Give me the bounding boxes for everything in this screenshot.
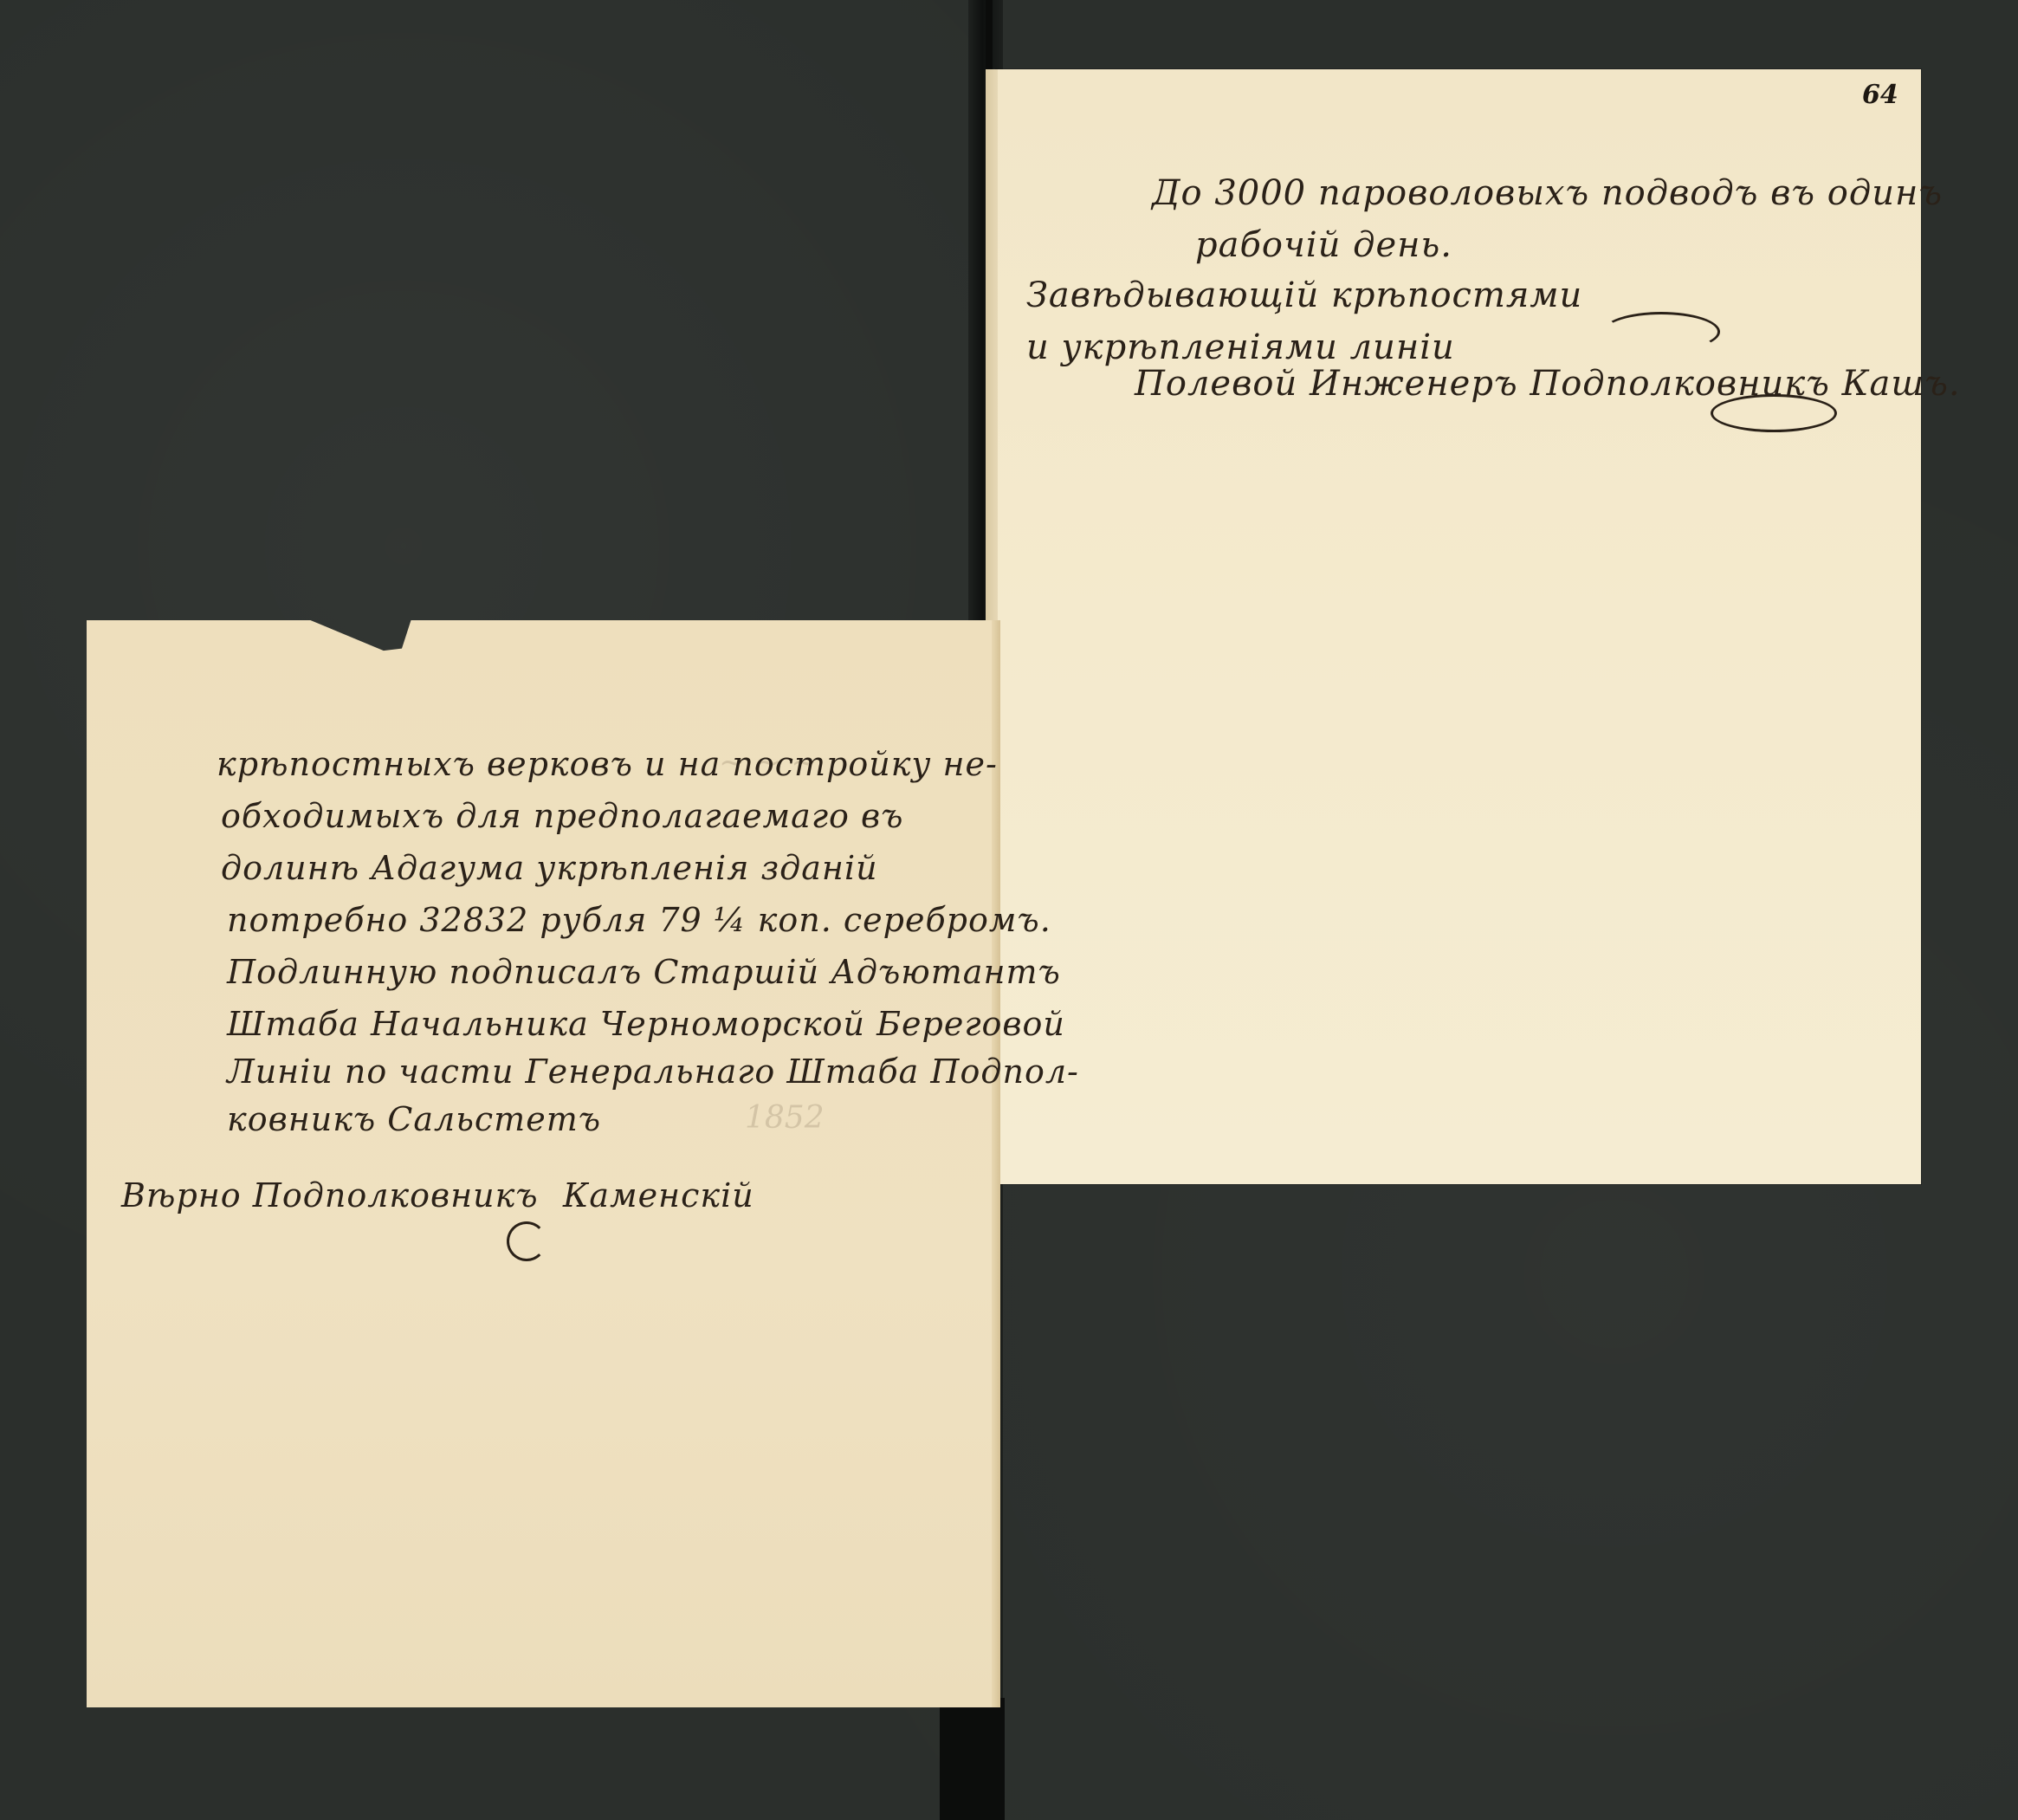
left-line-8: ковникъ Сальстетъ bbox=[227, 1100, 601, 1138]
left-line-5: Подлинную подписалъ Старшiй Адъютантъ bbox=[227, 953, 1061, 991]
left-signature: Каменскiй bbox=[563, 1176, 754, 1214]
sheet-right-edge bbox=[992, 620, 1000, 1707]
signature-flourish bbox=[1711, 394, 1837, 432]
right-manuscript-page bbox=[996, 69, 1921, 1184]
left-line-1: крѣпостныхъ верковъ и на постройку не- bbox=[217, 745, 998, 783]
left-line-2: обходимыхъ для предполагаемаго въ bbox=[221, 797, 903, 835]
right-line-4: и укрѣпленiями линiи bbox=[1026, 327, 1455, 367]
left-line-4: потребно 32832 рубля 79 ¼ коп. серебромъ… bbox=[227, 901, 1051, 939]
right-line-1: До 3000 пароволовыхъ подводъ въ одинъ bbox=[1152, 173, 1943, 213]
left-attestation-line: Вѣрно Подполковникъ bbox=[121, 1176, 539, 1214]
left-line-3: долинѣ Адагума укрѣпленiя зданiй bbox=[221, 849, 878, 887]
folio-number: 64 bbox=[1862, 80, 1898, 110]
left-line-6: Штаба Начальника Черноморской Береговой bbox=[227, 1005, 1065, 1043]
binding-gap-bottom bbox=[940, 1698, 1005, 1820]
right-line-2: рабочiй день. bbox=[1195, 225, 1452, 265]
left-manuscript-page bbox=[87, 620, 1000, 1707]
right-line-3: Завѣдывающiй крѣпостями bbox=[1026, 275, 1582, 315]
signature-flourish-small bbox=[507, 1221, 547, 1261]
right-signature-line: Полевой Инженеръ Подполковникъ Кашъ. bbox=[1135, 364, 1961, 404]
left-line-7: Линiи по части Генеральнаго Штаба Подпол… bbox=[227, 1052, 1079, 1091]
signature-loop bbox=[1602, 312, 1720, 352]
ink-bleed-through: 1852 bbox=[745, 1100, 825, 1136]
